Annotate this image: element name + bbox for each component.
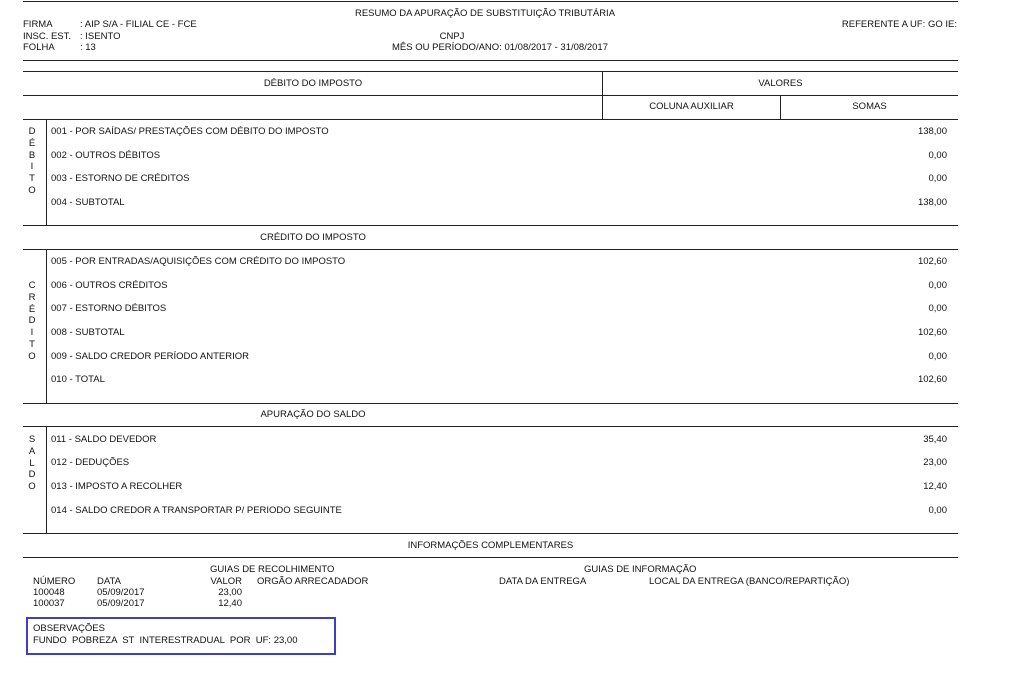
credito-side-label: C R É D I T O xyxy=(28,280,36,363)
rule xyxy=(23,533,958,534)
section-divider xyxy=(46,426,47,533)
firma-value: : AIP S/A - FILIAL CE - FCE xyxy=(80,19,197,30)
info-title: INFORMAÇÕES COMPLEMENTARES xyxy=(23,540,958,551)
guia-numero: 100048 xyxy=(33,587,65,598)
saldo-title: APURAÇÃO DO SALDO xyxy=(23,409,603,420)
saldo-row-value: 12,40 xyxy=(923,481,947,492)
guia-valor: 23,00 xyxy=(200,587,242,598)
side-letter: C xyxy=(28,280,36,292)
saldo-row-value: 0,00 xyxy=(929,505,948,516)
insc-label: INSC. EST. xyxy=(23,31,71,42)
side-letter: O xyxy=(28,351,36,363)
saldo-row-label: 013 - IMPOSTO A RECOLHER xyxy=(51,481,182,492)
rule xyxy=(23,71,958,72)
credito-row-value: 102,60 xyxy=(918,256,947,267)
credito-row-label: 005 - POR ENTRADAS/AQUISIÇÕES COM CRÉDIT… xyxy=(51,256,345,267)
guia-valor: 12,40 xyxy=(200,598,242,609)
rule xyxy=(23,95,958,96)
top-rule xyxy=(23,1,958,2)
credito-row-value: 0,00 xyxy=(929,303,948,314)
debito-row-label: 003 - ESTORNO DE CRÉDITOS xyxy=(51,173,190,184)
periodo: MÊS OU PERÍODO/ANO: 01/08/2017 - 31/08/2… xyxy=(340,42,660,53)
col-numero: NÚMERO xyxy=(33,576,75,587)
side-letter: D xyxy=(28,126,36,138)
report-title: RESUMO DA APURAÇÃO DE SUBSTITUIÇÃO TRIBU… xyxy=(290,8,680,19)
debito-row-label: 004 - SUBTOTAL xyxy=(51,197,125,208)
debito-title: DÉBITO DO IMPOSTO xyxy=(23,78,603,89)
side-letter: L xyxy=(28,458,36,470)
saldo-row-label: 014 - SALDO CREDOR A TRANSPORTAR P/ PERI… xyxy=(51,505,342,516)
saldo-row-label: 012 - DEDUÇÕES xyxy=(51,457,129,468)
folha-value: : 13 xyxy=(80,42,96,53)
credito-row-label: 008 - SUBTOTAL xyxy=(51,327,125,338)
rule xyxy=(23,557,958,558)
somas-header: SOMAS xyxy=(781,101,958,112)
credito-row-label: 009 - SALDO CREDOR PERÍODO ANTERIOR xyxy=(51,351,249,362)
side-letter: S xyxy=(28,434,36,446)
side-letter: O xyxy=(28,481,36,493)
rule xyxy=(23,60,958,61)
referente-uf: REFERENTE A UF: GO IE: xyxy=(842,19,957,30)
observacoes-title: OBSERVAÇÕES xyxy=(33,623,105,634)
saldo-row-value: 35,40 xyxy=(923,434,947,445)
col-data: DATA xyxy=(97,576,121,587)
saldo-side-label: S A L D O xyxy=(28,434,36,493)
rule xyxy=(23,403,958,404)
saldo-row-label: 011 - SALDO DEVEDOR xyxy=(51,434,156,445)
coluna-auxiliar-header: COLUNA AUXILIAR xyxy=(603,101,780,112)
debito-row-value: 0,00 xyxy=(929,173,948,184)
credito-row-value: 0,00 xyxy=(929,351,948,362)
side-letter: É xyxy=(28,304,36,316)
guias-informacao-title: GUIAS DE INFORMAÇÃO xyxy=(584,564,696,575)
credito-row-label: 006 - OUTROS CRÉDITOS xyxy=(51,280,168,291)
folha-label: FOLHA xyxy=(23,42,55,53)
rule xyxy=(23,426,958,427)
saldo-row-value: 23,00 xyxy=(923,457,947,468)
credito-title: CRÉDITO DO IMPOSTO xyxy=(23,232,603,243)
debito-row-value: 138,00 xyxy=(918,197,947,208)
credito-row-value: 0,00 xyxy=(929,280,948,291)
credito-row-value: 102,60 xyxy=(918,374,947,385)
col-valor: VALOR xyxy=(200,576,242,587)
rule xyxy=(23,225,958,226)
side-letter: D xyxy=(28,315,36,327)
side-letter: T xyxy=(28,173,36,185)
firma-label: FIRMA xyxy=(23,19,53,30)
col-local-entrega: LOCAL DA ENTREGA (BANCO/REPARTIÇÃO) xyxy=(649,576,849,587)
rule xyxy=(23,119,958,120)
debito-row-value: 0,00 xyxy=(929,150,948,161)
debito-side-label: D É B I T O xyxy=(28,126,36,197)
side-letter: O xyxy=(28,185,36,197)
guia-numero: 100037 xyxy=(33,598,65,609)
col-orgao: ORGÃO ARRECADADOR xyxy=(257,576,368,587)
debito-row-label: 001 - POR SAÍDAS/ PRESTAÇÕES COM DÉBITO … xyxy=(51,126,329,137)
side-letter: B xyxy=(28,150,36,162)
valores-header: VALORES xyxy=(603,78,958,89)
debito-row-value: 138,00 xyxy=(918,126,947,137)
side-letter: I xyxy=(28,161,36,173)
guias-recolhimento-title: GUIAS DE RECOLHIMENTO xyxy=(210,564,334,575)
side-letter: A xyxy=(28,446,36,458)
section-divider xyxy=(46,119,47,225)
side-letter: D xyxy=(28,469,36,481)
debito-row-label: 002 - OUTROS DÉBITOS xyxy=(51,150,160,161)
credito-row-label: 007 - ESTORNO DÉBITOS xyxy=(51,303,166,314)
col-data-entrega: DATA DA ENTREGA xyxy=(499,576,586,587)
section-divider xyxy=(46,249,47,403)
credito-row-value: 102,60 xyxy=(918,327,947,338)
insc-value: : ISENTO xyxy=(80,31,120,42)
cnpj-label: CNPJ xyxy=(400,31,504,42)
guia-data: 05/09/2017 xyxy=(97,598,145,609)
side-letter: R xyxy=(28,292,36,304)
side-letter: É xyxy=(28,138,36,150)
guia-data: 05/09/2017 xyxy=(97,587,145,598)
side-letter: I xyxy=(28,327,36,339)
side-letter: T xyxy=(28,339,36,351)
credito-row-label: 010 - TOTAL xyxy=(51,374,105,385)
rule xyxy=(23,249,958,250)
observacoes-text: FUNDO POBREZA ST INTERESTRADUAL POR UF: … xyxy=(33,635,297,646)
